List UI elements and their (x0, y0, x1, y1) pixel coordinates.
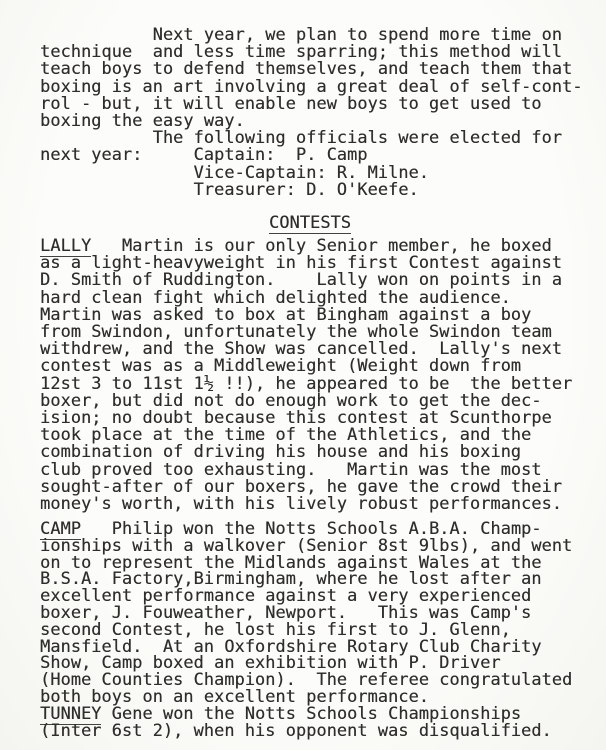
officials-list: The following officials were elected for… (40, 130, 580, 199)
intro-paragraph: Next year, we plan to spend more time on… (40, 27, 580, 130)
officials-treasurer-line: Treasurer: D. O'Keefe. (40, 182, 580, 199)
section-heading: CONTESTS (269, 213, 351, 234)
contests-heading-row: CONTESTS (40, 215, 580, 232)
text-column: Next year, we plan to spend more time on… (40, 27, 580, 739)
camp-section: CAMP Philip won the Notts Schools A.B.A.… (40, 521, 580, 706)
text-line: combination of driving his house and his… (40, 444, 580, 461)
lally-section: LALLY Martin is our only Senior member, … (40, 238, 580, 513)
text-line: contest was as a Middleweight (Weight do… (40, 358, 580, 375)
officials-captain-line: next year: Captain: P. Camp (40, 147, 580, 164)
text-line: teach boys to defend themselves, and tea… (40, 61, 580, 78)
text-line: (Inter 6st 2), when his opponent was dis… (40, 723, 580, 740)
text-line: money's worth, with his lively robust pe… (40, 496, 580, 513)
typewritten-document-page: Next year, we plan to spend more time on… (0, 0, 606, 750)
tunney-section: TUNNEY Gene won the Notts Schools Champi… (40, 706, 580, 740)
